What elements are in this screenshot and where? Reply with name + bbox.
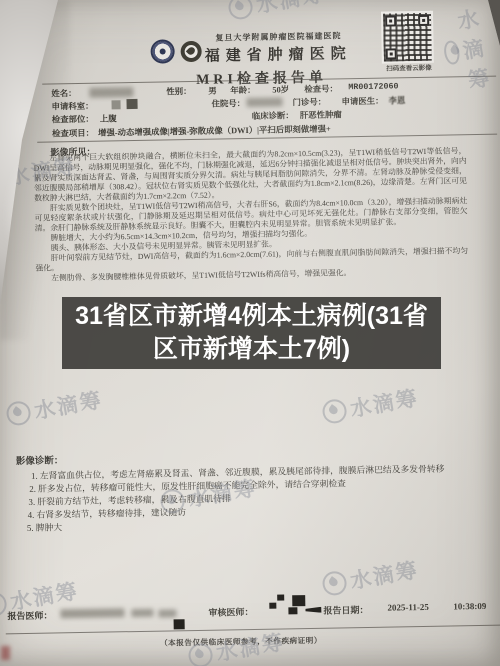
water-drop-icon — [442, 39, 461, 65]
gender-label: 性别： — [166, 85, 191, 97]
exam-no-label: 检查号： — [304, 82, 338, 95]
fudan-university-logo-icon — [150, 39, 174, 63]
findings-body: 左肾见两个巨大软组织肿块融合，横断位未扫全，最大截面约为8.2cm×10.5cm… — [33, 146, 468, 284]
review-doctor-redaction — [288, 607, 297, 614]
dept-redaction-1 — [111, 100, 120, 109]
report-date-value: 2025-11-25 — [387, 602, 429, 613]
report-doctor-redacted — [60, 608, 124, 618]
hospital-affiliation: 复旦大学附属肿瘤医院福建医院 — [215, 30, 341, 43]
review-doctor-redaction — [269, 603, 276, 609]
hospital-name: 福建省肿瘤医院 — [205, 42, 352, 66]
exam-item-label: 检查项目： — [52, 127, 94, 140]
dept-redaction-2 — [126, 99, 137, 109]
outpatient-label: 门诊号： — [292, 96, 326, 109]
body-part-label: 检查部位： — [52, 113, 94, 126]
cancer-hospital-logo-icon — [180, 41, 201, 62]
exam-no-value: MR00172060 — [348, 81, 398, 92]
red-smudge — [1, 646, 10, 660]
findings-paragraph: 左肾见两个巨大软组织肿块融合，横断位未扫全，最大截面约为8.2cm×10.5cm… — [33, 146, 467, 204]
qr-caption: 扫码查看云影像 — [380, 63, 438, 73]
water-drop-icon — [5, 399, 33, 427]
req-doctor-value: 李恩 — [388, 94, 405, 106]
water-drop-icon — [159, 487, 187, 515]
age-value: 50岁 — [272, 83, 289, 95]
dept-label: 申请科室： — [51, 100, 93, 113]
inpatient-redacted — [246, 97, 282, 107]
name-label: 姓名： — [51, 87, 76, 99]
water-drop-icon — [227, 0, 255, 21]
water-drop-icon — [321, 569, 349, 597]
report-doctor-redacted — [158, 609, 176, 617]
diagnosis-item: 5. 脾肿大 — [27, 520, 62, 534]
review-doctor-redaction — [277, 594, 284, 600]
inpatient-label: 住院号： — [211, 97, 245, 110]
report-time-value: 10:38:09 — [453, 601, 486, 612]
water-drop-icon — [187, 641, 215, 666]
report-doctor-redacted — [131, 609, 153, 617]
qr-code — [383, 13, 432, 62]
clinical-dx-value: 肝恶性肿瘤 — [300, 108, 342, 121]
req-doctor-label: 申请医生： — [341, 95, 383, 108]
news-headline-text: 31省区市新增4例本土病例(31省区市新增本土7例) — [62, 300, 441, 366]
diagnosis-label: 影像诊断： — [16, 452, 64, 467]
review-doctor-label: 审核医师： — [208, 605, 253, 619]
gender-value: 男 — [208, 85, 217, 97]
news-headline-overlay: 31省区市新增4例本土病例(31省区市新增本土7例) — [62, 297, 441, 369]
review-doctor-redaction — [305, 607, 321, 613]
water-drop-icon — [0, 590, 8, 618]
report-date-label: 报告日期： — [323, 603, 368, 617]
review-doctor-redaction — [292, 595, 305, 606]
water-drop-icon — [321, 397, 349, 425]
name-redacted — [89, 87, 133, 98]
age-label: 年龄： — [230, 84, 255, 96]
body-part-value: 上腹 — [100, 112, 117, 124]
signature-ink-mark — [174, 619, 185, 629]
clinical-dx-label: 临床诊断： — [252, 109, 294, 122]
